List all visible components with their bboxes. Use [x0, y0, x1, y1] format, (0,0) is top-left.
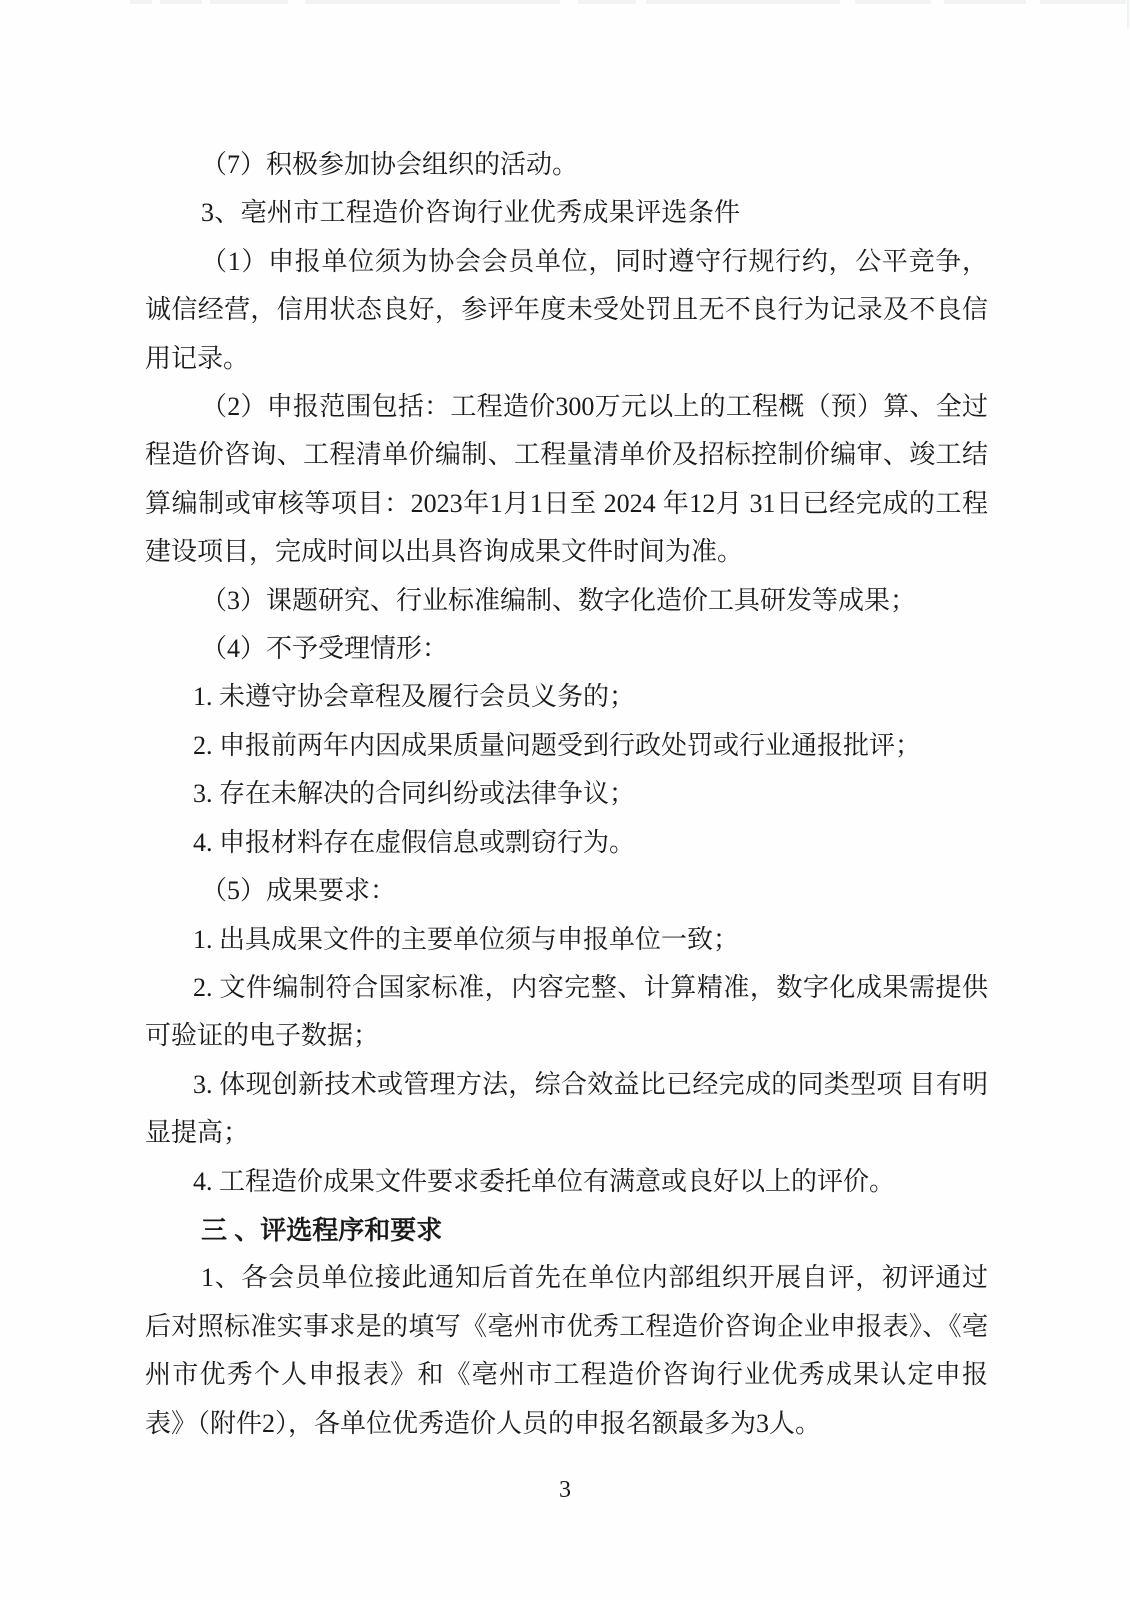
list-item-paragraph: 2. 申报前两年内因成果质量问题受到行政处罚或行业通报批评；	[145, 722, 988, 770]
paragraph: （4）不予受理情形：	[145, 625, 988, 673]
scan-artifact	[646, 0, 840, 4]
list-item-paragraph: 3. 体现创新技术或管理方法，综合效益比已经完成的同类型项 目有明显提高；	[145, 1061, 988, 1158]
scan-artifact	[1127, 0, 1129, 28]
scan-artifact	[305, 0, 560, 4]
document-page: （7）积极参加协会组织的活动。3、亳州市工程造价咨询行业优秀成果评选条件（1）申…	[0, 0, 1130, 1600]
scan-artifact	[578, 0, 636, 4]
sub-heading: 3、亳州市工程造价咨询行业优秀成果评选条件	[145, 189, 988, 237]
paragraph: （5）成果要求：	[145, 867, 988, 915]
paragraph: 1、各会员单位接此通知后首先在单位内部组织开展自评，初评通过后对照标准实事求是的…	[145, 1254, 988, 1448]
list-item-paragraph: 4. 申报材料存在虚假信息或剽窃行为。	[145, 819, 988, 867]
scan-artifact	[1040, 0, 1126, 4]
page-number: 3	[0, 1474, 1130, 1506]
paragraph: （7）积极参加协会组织的活动。	[145, 141, 988, 189]
paragraph: （2）申报范围包括：工程造价300万元以上的工程概（预）算、全过程造价咨询、工程…	[145, 383, 988, 577]
list-item-paragraph: 1. 未遵守协会章程及履行会员义务的；	[145, 673, 988, 721]
paragraph: （3）课题研究、行业标准编制、数字化造价工具研发等成果；	[145, 577, 988, 625]
list-item-paragraph: 3. 存在未解决的合同纠纷或法律争议；	[145, 770, 988, 818]
scan-artifact	[210, 0, 288, 4]
list-item-paragraph: 4. 工程造价成果文件要求委托单位有满意或良好以上的评价。	[145, 1158, 988, 1206]
scan-artifact	[160, 0, 202, 4]
scan-artifact	[855, 0, 931, 4]
section-heading: 三 、评选程序和要求	[145, 1206, 988, 1254]
scan-artifact-row	[0, 0, 1130, 10]
paragraph: （1）申报单位须为协会会员单位，同时遵守行规行约，公平竞争，诚信经营，信用状态良…	[145, 238, 988, 383]
scan-artifact	[130, 0, 152, 4]
document-content: （7）积极参加协会组织的活动。3、亳州市工程造价咨询行业优秀成果评选条件（1）申…	[145, 141, 988, 1448]
list-item-paragraph: 2. 文件编制符合国家标准，内容完整、计算精准，数字化成果需提供可验证的电子数据…	[145, 964, 988, 1061]
scan-artifact	[944, 0, 1026, 4]
list-item-paragraph: 1. 出具成果文件的主要单位须与申报单位一致；	[145, 916, 988, 964]
